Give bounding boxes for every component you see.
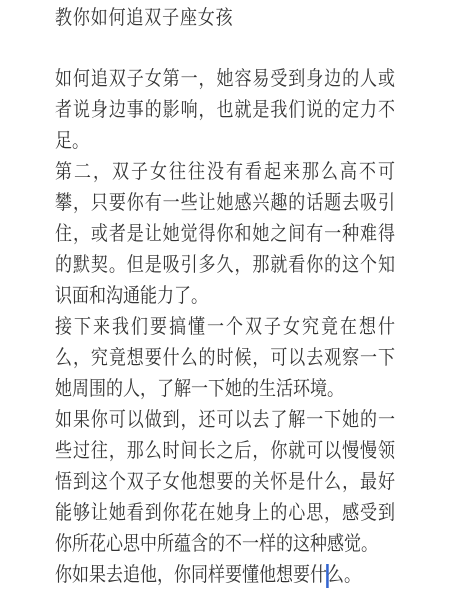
text-line[interactable]: 悟到这个双子女他想要的关怀是什么，最好 <box>55 467 395 498</box>
text-line[interactable]: 住，或者是让她觉得你和她之间有一种难得 <box>55 219 395 250</box>
text-before-caret: 你如果去追他，你同样要懂他想要什 <box>55 564 327 586</box>
text-line[interactable]: 你所花心思中所蕴含的不一样的这种感觉。 <box>55 529 395 560</box>
text-line[interactable]: 么，究竟想要什么的时候，可以去观察一下 <box>55 343 395 374</box>
article-title[interactable]: 教你如何追双子座女孩 <box>55 5 234 31</box>
text-line[interactable]: 接下来我们要搞懂一个双子女究竟在想什 <box>55 312 395 343</box>
text-line[interactable]: 者说身边事的影响，也就是我们说的定力不 <box>55 95 395 126</box>
text-line[interactable]: 攀，只要你有一些让她感兴趣的话题去吸引 <box>55 188 395 219</box>
text-line[interactable]: 如何追双子女第一，她容易受到身边的人或 <box>55 64 395 95</box>
article-page: 教你如何追双子座女孩 如何追双子女第一，她容易受到身边的人或者说身边事的影响，也… <box>0 0 450 600</box>
text-line[interactable]: 的默契。但是吸引多久，那就看你的这个知 <box>55 250 395 281</box>
text-line[interactable]: 如果你可以做到，还可以去了解一下她的一 <box>55 405 395 436</box>
text-line[interactable]: 些过往，那么时间长之后，你就可以慢慢领 <box>55 436 395 467</box>
article-body[interactable]: 如何追双子女第一，她容易受到身边的人或者说身边事的影响，也就是我们说的定力不足。… <box>55 64 395 591</box>
text-line[interactable]: 识面和沟通能力了。 <box>55 281 395 312</box>
text-line[interactable]: 足。 <box>55 126 395 157</box>
text-line[interactable]: 能够让她看到你花在她身上的心思，感受到 <box>55 498 395 529</box>
text-line[interactable]: 她周围的人，了解一下她的生活环境。 <box>55 374 395 405</box>
text-line[interactable]: 第二，双子女往往没有看起来那么高不可 <box>55 157 395 188</box>
text-after-caret: 么。 <box>327 564 361 586</box>
text-line[interactable]: 你如果去追他，你同样要懂他想要什么。 <box>55 560 395 591</box>
